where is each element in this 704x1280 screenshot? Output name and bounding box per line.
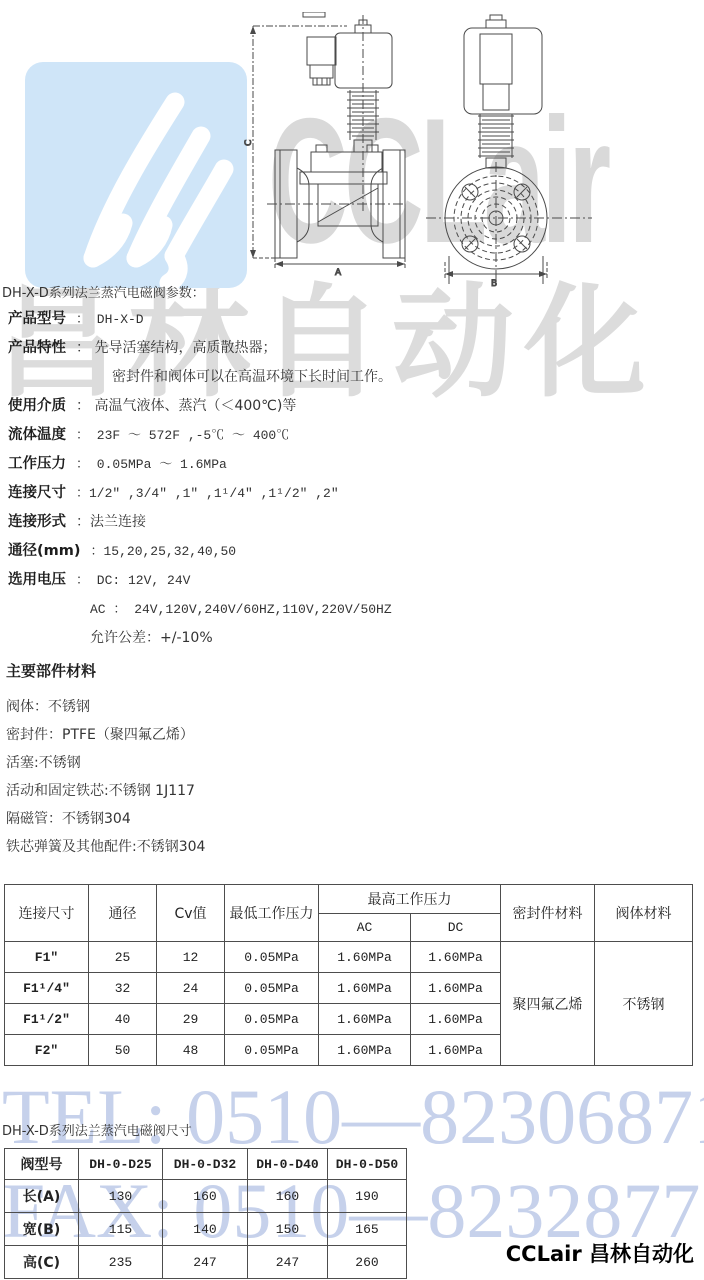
spec-value: ： 高温气液体、蒸汽（＜400℃)等 (76, 395, 296, 415)
col-header-model-d40: DH-0-D40 (248, 1149, 328, 1180)
cell-dc: 1.60MPa (411, 973, 501, 1004)
cell-min: 0.05MPa (225, 973, 319, 1004)
cell-dc: 1.60MPa (411, 942, 501, 973)
cell-dim-label: 宽(B) (5, 1213, 79, 1246)
spec-value: ： DH-X-D (76, 308, 144, 327)
spec-row-voltage-dc: 选用电压 ： DC: 12V, 24V (8, 564, 700, 593)
spec-row-connection-size: 连接尺寸 ：1/2″ ,3/4″ ,1″ ,1¹/4″ ,1¹/2″ ,2″ (8, 477, 700, 506)
spec-row-connection-type: 连接形式 ：法兰连接 (8, 506, 700, 535)
materials-section: 主要部件材料 阀体：不锈钢 密封件：PTFE（聚四氟乙烯） 活塞:不锈钢 活动和… (6, 660, 205, 860)
spec-value: 密封件和阀体可以在高温环境下长时间工作。 (112, 366, 392, 386)
col-header-size: 连接尺寸 (5, 885, 89, 942)
cell-cv: 12 (157, 942, 225, 973)
dims-title: DH-X-D系列法兰蒸汽电磁阀尺寸 (2, 1120, 192, 1139)
cell-dn: 40 (89, 1004, 157, 1035)
material-item: 密封件：PTFE（聚四氟乙烯） (6, 720, 205, 748)
cell-dim-value: 160 (163, 1180, 248, 1213)
material-item: 活塞:不锈钢 (6, 748, 205, 776)
table-row: F1″ 25 12 0.05MPa 1.60MPa 1.60MPa 聚四氟乙烯 … (5, 942, 693, 973)
dim-label-length: A (335, 268, 342, 278)
col-header-min-pressure: 最低工作压力 (225, 885, 319, 942)
cell-ac: 1.60MPa (319, 942, 411, 973)
material-item: 隔磁管：不锈钢304 (6, 804, 205, 832)
cell-dn: 50 (89, 1035, 157, 1066)
cell-dim-value: 160 (248, 1180, 328, 1213)
spec-row-model: 产品型号 ： DH-X-D (8, 303, 700, 332)
cell-dc: 1.60MPa (411, 1004, 501, 1035)
cell-cv: 48 (157, 1035, 225, 1066)
spec-label: 产品特性 (8, 336, 66, 357)
cell-dim-value: 150 (248, 1213, 328, 1246)
spec-label: 工作压力 (8, 452, 66, 473)
params-title: DH-X-D系列法兰蒸汽电磁阀参数： (2, 282, 205, 301)
col-header-ac: AC (319, 914, 411, 942)
col-header-max-pressure: 最高工作压力 (319, 885, 501, 914)
cell-dn: 32 (89, 973, 157, 1004)
cell-seal-material: 聚四氟乙烯 (501, 942, 595, 1066)
table-row: 宽(B) 115 140 150 165 (5, 1213, 407, 1246)
cell-dim-value: 190 (328, 1180, 407, 1213)
spec-value: ：15,20,25,32,40,50 (90, 540, 236, 559)
spec-value: ： 先导活塞结构，高质散热器； (76, 337, 276, 357)
spec-label: 连接尺寸 (8, 481, 66, 502)
spec-label: 产品型号 (8, 307, 66, 328)
table-row: 高(C) 235 247 247 260 (5, 1246, 407, 1279)
cell-cv: 29 (157, 1004, 225, 1035)
material-item: 阀体：不锈钢 (6, 692, 205, 720)
cell-ac: 1.60MPa (319, 973, 411, 1004)
cell-dim-value: 140 (163, 1213, 248, 1246)
cell-dim-value: 115 (79, 1213, 163, 1246)
watermark-tel: TEL: 0510—82306871 (2, 1078, 704, 1156)
spec-value: ： DC: 12V, 24V (76, 569, 190, 588)
spec-list: 产品型号 ： DH-X-D 产品特性 ： 先导活塞结构，高质散热器； 密封件和阀… (8, 303, 700, 651)
material-item: 活动和固定铁芯:不锈钢 1J117 (6, 776, 205, 804)
spec-row-tolerance: 允许公差：+/-10% (8, 622, 700, 651)
cell-min: 0.05MPa (225, 1004, 319, 1035)
spec-value: ： 23F ～ 572F ,-5℃ ～ 400℃ (76, 424, 289, 443)
cell-dim-value: 247 (248, 1246, 328, 1279)
spec-value: ：法兰连接 (76, 511, 146, 531)
footer-brand: CCLair 昌林自动化 (506, 1238, 694, 1268)
cell-dim-label: 长(A) (5, 1180, 79, 1213)
dim-label-width: B (491, 279, 497, 288)
valve-front-view-drawing: B (424, 12, 594, 292)
spec-value: 允许公差：+/-10% (90, 627, 213, 647)
col-header-model: 阀型号 (5, 1149, 79, 1180)
cell-dim-value: 260 (328, 1246, 407, 1279)
spec-value: ： 0.05MPa ～ 1.6MPa (76, 453, 227, 472)
col-header-model-d50: DH-0-D50 (328, 1149, 407, 1180)
cell-size: F1″ (5, 942, 89, 973)
table-row: 长(A) 130 160 160 190 (5, 1180, 407, 1213)
cell-min: 0.05MPa (225, 942, 319, 973)
cell-ac: 1.60MPa (319, 1035, 411, 1066)
spec-row-working-pressure: 工作压力 ： 0.05MPa ～ 1.6MPa (8, 448, 700, 477)
spec-label: 流体温度 (8, 423, 66, 444)
cell-dn: 25 (89, 942, 157, 973)
spec-row-media: 使用介质 ： 高温气液体、蒸汽（＜400℃)等 (8, 390, 700, 419)
valve-side-view-drawing: C (243, 12, 407, 292)
cell-body-material: 不锈钢 (595, 942, 693, 1066)
cell-size: F1¹/2″ (5, 1004, 89, 1035)
spec-row-bore: 通径(mm) ：15,20,25,32,40,50 (8, 535, 700, 564)
spec-row-features-cont: 密封件和阀体可以在高温环境下长时间工作。 (8, 361, 700, 390)
spec-row-voltage-ac: AC ： 24V,120V,240V/60HZ,110V,220V/50HZ (8, 593, 700, 622)
material-item: 铁芯弹簧及其他配件:不锈钢304 (6, 832, 205, 860)
page: CCLair 昌林自动化 TEL: 0510—82306871 FAX: 051… (0, 0, 704, 1280)
col-header-dn: 通径 (89, 885, 157, 942)
col-header-dc: DC (411, 914, 501, 942)
spec-label: 选用电压 (8, 568, 66, 589)
spec-label: 连接形式 (8, 510, 66, 531)
spec-label: 使用介质 (8, 394, 66, 415)
cell-size: F2″ (5, 1035, 89, 1066)
col-header-cv: Cv值 (157, 885, 225, 942)
spec-row-fluid-temp: 流体温度 ： 23F ～ 572F ,-5℃ ～ 400℃ (8, 419, 700, 448)
spec-value: ：1/2″ ,3/4″ ,1″ ,1¹/4″ ,1¹/2″ ,2″ (76, 482, 339, 501)
col-header-body-material: 阀体材料 (595, 885, 693, 942)
materials-title: 主要部件材料 (6, 660, 205, 692)
cell-ac: 1.60MPa (319, 1004, 411, 1035)
dimensions-table: 阀型号 DH-0-D25 DH-0-D32 DH-0-D40 DH-0-D50 … (4, 1148, 407, 1279)
col-header-model-d32: DH-0-D32 (163, 1149, 248, 1180)
cell-dim-label: 高(C) (5, 1246, 79, 1279)
parameters-table: 连接尺寸 通径 Cv值 最低工作压力 最高工作压力 密封件材料 阀体材料 AC … (4, 884, 693, 1066)
dim-label-height: C (244, 140, 254, 146)
cell-dim-value: 247 (163, 1246, 248, 1279)
cell-size: F1¹/4″ (5, 973, 89, 1004)
company-logo (25, 62, 247, 288)
cell-min: 0.05MPa (225, 1035, 319, 1066)
cell-cv: 24 (157, 973, 225, 1004)
spec-label: 通径(mm) (8, 539, 80, 560)
col-header-seal-material: 密封件材料 (501, 885, 595, 942)
cell-dim-value: 130 (79, 1180, 163, 1213)
spec-row-features: 产品特性 ： 先导活塞结构，高质散热器； (8, 332, 700, 361)
col-header-model-d25: DH-0-D25 (79, 1149, 163, 1180)
spec-value: AC ： 24V,120V,240V/60HZ,110V,220V/50HZ (90, 598, 392, 617)
cell-dim-value: 235 (79, 1246, 163, 1279)
cell-dim-value: 165 (328, 1213, 407, 1246)
cell-dc: 1.60MPa (411, 1035, 501, 1066)
logo-swoosh-icon (25, 62, 247, 288)
